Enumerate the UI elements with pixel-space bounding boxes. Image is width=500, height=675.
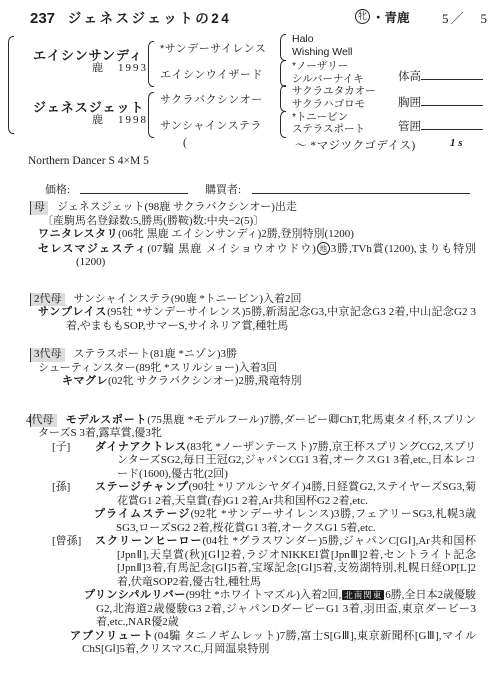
granddam-name: エイシンウイザード	[160, 66, 263, 82]
buyer-blank-line	[252, 181, 470, 194]
coat-color: ・青鹿	[372, 8, 410, 26]
cannon-label: 管囲	[398, 121, 421, 133]
pedigree-brace-icon	[280, 34, 286, 61]
horse-name: キマグレ	[62, 375, 108, 387]
regional-circle-badge: 地	[317, 242, 330, 255]
dam-record: ステラスポート(81鹿 *ニゾン)3勝	[74, 348, 238, 360]
section-dam: 母ジェネスジェット(98鹿 サクラバクシンオー)出走 〔産駒馬名登録数:5,勝馬…	[30, 201, 476, 270]
tail-female-line: 〜 *マジツクゴデイス)	[295, 137, 416, 153]
entry-text: ステージチャンプ(90牡 *リアルシヤダイ)4勝,日経賞G2,ステイヤーズSG3…	[95, 481, 476, 508]
buyer-label: 購買者:	[205, 181, 241, 197]
inbreeding-note: Northern Dancer S 4×M 5	[28, 155, 149, 167]
section-tag: 3代母	[30, 348, 65, 362]
horse-name: モデルスポート	[66, 414, 148, 426]
dam-record: サンシャインステラ(90鹿 *トニービン)入着2回	[74, 293, 302, 305]
family-tail-line: ( 〜 *マジツクゴデイス) 1 s	[0, 137, 500, 151]
horse-name: サンプレイス	[38, 306, 107, 318]
horse-name: ダイナアクトレス	[95, 441, 187, 453]
produce-count-note: 〔産駒馬名登録数:5,勝馬(勝鞍)数:中央−2(5)〕	[42, 215, 476, 229]
progeny-entry: サンプレイス(95牡 *サンデーサイレンス)5勝,新潟記念G3,中京記念G3 2…	[38, 306, 476, 333]
fourth-dam-heading: 4代母モデルスポート(75黒鹿 *モデルフール)7勝,ダービー卿ChT,牝馬東タ…	[30, 414, 476, 441]
nar-region-badge: 北南関東	[342, 590, 384, 600]
pedigree-brace-icon	[148, 41, 154, 87]
produce-record: 母ジェネスジェット(98鹿 サクラバクシンオー)出走 〔産駒馬名登録数:5,勝馬…	[30, 201, 476, 657]
second-dam-heading: 2代母サンシャインステラ(90鹿 *トニービン)入着2回	[30, 293, 476, 307]
family-number: 1 s	[450, 137, 463, 149]
measurement-cannon: 管囲	[398, 118, 483, 134]
horse-name: プライムステージ	[94, 508, 191, 520]
progeny-entry: シューティンスター(89牝 *スリルショー)入着3回	[38, 362, 476, 376]
section-second-dam: 2代母サンシャインステラ(90鹿 *トニービン)入着2回 サンプレイス(95牡 …	[30, 293, 476, 334]
catalog-number: 237	[30, 10, 55, 27]
race-record: シューティンスター(89牝 *スリルショー)入着3回	[38, 362, 277, 374]
dam-heading: 母ジェネスジェット(98鹿 サクラバクシンオー)出走	[30, 201, 476, 215]
horse-name: スクリーンヒーロー	[95, 535, 203, 547]
entry-text: スクリーンヒーロー(04牡 *グラスワンダー)5勝,ジャパンC[GⅠ],Ar共和…	[95, 535, 476, 589]
pedigree-brace-icon	[8, 36, 14, 134]
dam-record: ジェネスジェット(98鹿 サクラバクシンオー)出走	[57, 201, 297, 213]
girth-label: 胸囲	[398, 97, 421, 109]
pedigree-brace-icon	[148, 92, 154, 138]
great-grandparent-name: Halo	[292, 33, 314, 45]
progeny-entry: [曾孫] スクリーンヒーロー(04牡 *グラスワンダー)5勝,ジャパンC[GⅠ]…	[30, 535, 476, 589]
generation-label: [曾孫]	[52, 535, 95, 589]
horse-name: アブソリュート	[70, 630, 154, 642]
catalog-page: 237 ジェネスジェットの24 牝 ・青鹿 5／ 5 エイシンサンディ 鹿 19…	[0, 0, 500, 675]
progeny-entry: プライムステージ(92牝 *サンデーサイレンス)3勝,フェアリーSG3,札幌3歳…	[94, 508, 476, 535]
entry-text: ダイナアクトレス(83牝 *ノーザンテースト)7勝,京王杯スプリングCG2,スプ…	[95, 441, 476, 482]
section-fourth-dam: 4代母モデルスポート(75黒鹿 *モデルフール)7勝,ダービー卿ChT,牝馬東タ…	[30, 414, 476, 657]
height-blank-line	[421, 68, 483, 80]
measurement-height: 体高	[398, 68, 483, 84]
pedigree-brace-icon	[280, 85, 286, 112]
girth-blank-line	[421, 94, 483, 106]
progeny-entry: [子] ダイナアクトレス(83牝 *ノーザンテースト)7勝,京王杯スプリングCG…	[30, 441, 476, 482]
horse-name: セレスマジェスティ	[38, 243, 147, 255]
race-record: (02牝 サクラバクシンオー)2勝,飛竜特別	[108, 375, 302, 387]
great-grandparent-name: Wishing Well	[292, 46, 353, 58]
cannon-blank-line	[421, 118, 483, 130]
measurement-girth: 胸囲	[398, 94, 483, 110]
page-indicator: 5／ 5	[442, 8, 489, 27]
section-tag: 4代母	[30, 414, 57, 428]
progeny-entry: ワニタレスタリ(06牝 黒鹿 エイシンサンディ)2勝,登別特別(1200)	[38, 228, 476, 242]
price-label: 価格:	[45, 181, 70, 197]
progeny-entry: [孫] ステージチャンプ(90牡 *リアルシヤダイ)4勝,日経賞G2,ステイヤー…	[30, 481, 476, 508]
sire-coat-year: 鹿 1993	[92, 59, 148, 75]
height-label: 体高	[398, 71, 421, 83]
progeny-entry: セレスマジェスティ(07騸 黒鹿 メイショウオウドウ)地3勝,TVh賞(1200…	[38, 242, 476, 270]
pedigree-table: エイシンサンディ 鹿 1993 ジェネスジェット 鹿 1998 *サンデーサイレ…	[0, 32, 500, 135]
race-record: (95牡 *サンデーサイレンス)5勝,新潟記念G3,中京記念G3 2着,中山記念…	[66, 306, 476, 332]
section-tag: 2代母	[30, 293, 65, 307]
progeny-entry: プリンシパルリバー(99牡 *ホワイトマズル)入着2回,北南関東6勝,全日本2歳…	[84, 589, 476, 630]
open-paren: (	[183, 137, 187, 149]
progeny-entry: キマグレ(02牝 サクラバクシンオー)2勝,飛竜特別	[62, 375, 476, 389]
horse-name: ステージチャンプ	[95, 481, 189, 493]
lot-title: ジェネスジェットの24	[68, 11, 231, 26]
pedigree-brace-icon	[280, 111, 286, 138]
grandsire-name: サクラバクシンオー	[160, 91, 263, 107]
pedigree-brace-icon	[280, 60, 286, 87]
granddam-name: サンシャインステラ	[160, 117, 262, 133]
price-row: 価格: 購買者:	[0, 181, 500, 196]
horse-name: ワニタレスタリ	[38, 228, 118, 240]
race-record: (06牝 黒鹿 エイシンサンディ)2勝,登別特別(1200)	[118, 228, 354, 240]
great-grandparent-name: ステラスポート	[292, 121, 365, 136]
third-dam-heading: 3代母ステラスポート(81鹿 *ニゾン)3勝	[30, 348, 476, 362]
race-record: (99牡 *ホワイトマズル)入着2回,	[186, 589, 342, 601]
generation-label: [孫]	[52, 481, 95, 508]
progeny-entry: アブソリュート(04騸 タニノギムレット)7勝,富士S[GⅢ],東京新聞杯[GⅢ…	[70, 630, 476, 657]
dam-coat-year: 鹿 1998	[92, 111, 148, 127]
page-header: 237 ジェネスジェットの24 牝 ・青鹿 5／ 5	[30, 7, 490, 27]
section-tag: 母	[30, 201, 48, 215]
female-circle-icon: 牝	[355, 9, 370, 24]
horse-name: プリンシパルリバー	[84, 589, 186, 601]
price-blank-line	[80, 181, 188, 194]
section-third-dam: 3代母ステラスポート(81鹿 *ニゾン)3勝 シューティンスター(89牝 *スリ…	[30, 348, 476, 389]
generation-label: [子]	[52, 441, 95, 482]
grandsire-name: *サンデーサイレンス	[160, 40, 266, 56]
race-record: (07騸 黒鹿 メイショウオウドウ)	[147, 243, 315, 255]
